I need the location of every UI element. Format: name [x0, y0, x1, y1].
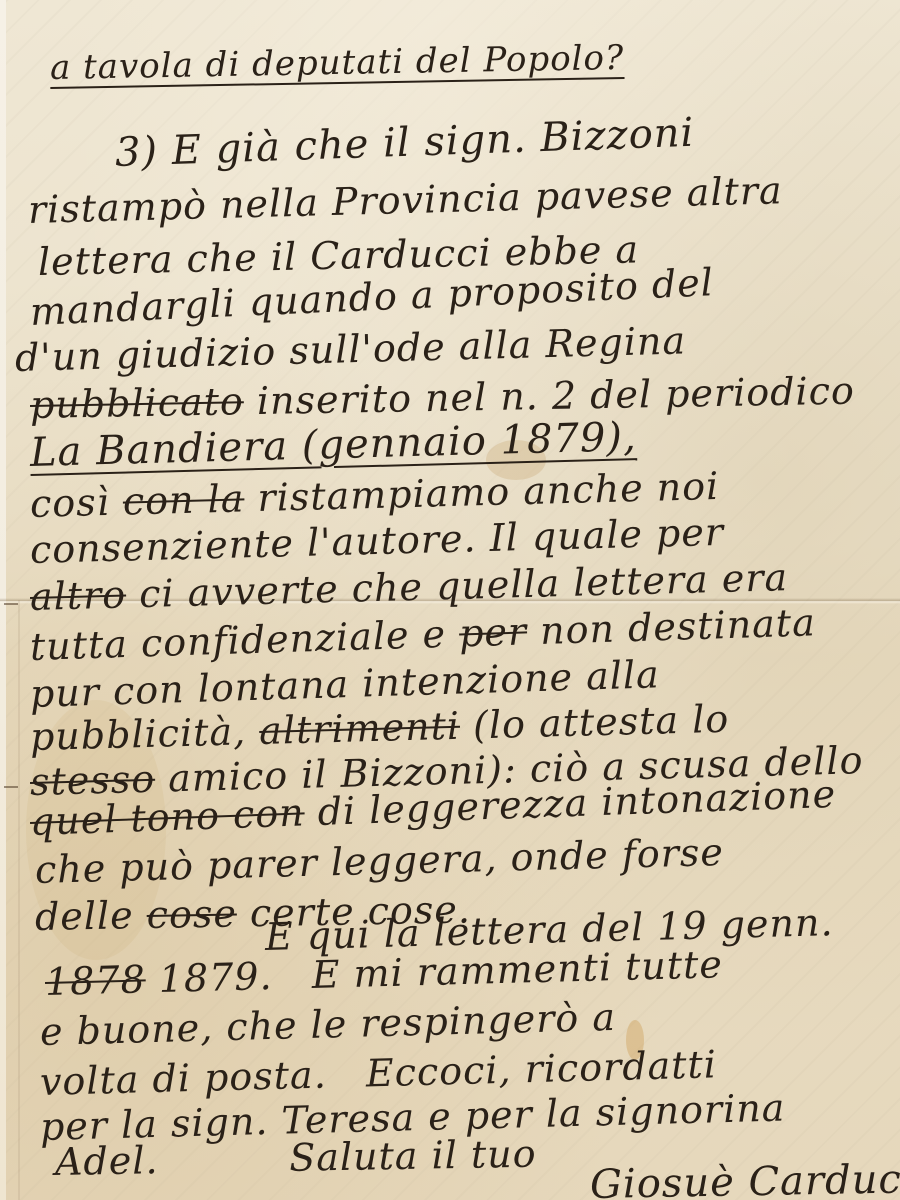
struck-word: altro: [29, 572, 126, 619]
letter-line-21: e buone, che le respingerò a: [39, 995, 616, 1054]
letter-line-3: ristampò nella Provincia pavese altra: [27, 168, 783, 232]
line-text: a tavola di deputati del Popolo?: [50, 38, 625, 88]
struck-word: per: [458, 609, 527, 655]
line-text: e buone, che le respingerò a: [39, 995, 616, 1054]
letter-body: a tavola di deputati del Popolo? 3) E gi…: [0, 0, 900, 1200]
struck-word: con la: [122, 476, 245, 523]
line-text: 3) E già che il sign. Bizzoni: [114, 110, 695, 176]
line-text: ristampò nella Provincia pavese altra: [27, 168, 783, 232]
line-text: 1879. E mi rammenti tutte: [158, 942, 723, 1001]
line-text: inserito nel n. 2 del periodico: [257, 369, 856, 423]
struck-word: quel tono con: [29, 790, 305, 844]
letter-line-2: 3) E già che il sign. Bizzoni: [114, 110, 695, 176]
struck-word: altrimenti: [259, 704, 461, 753]
struck-word: cose: [146, 891, 237, 937]
letter-line-20: 1878 1879. E mi rammenti tutte: [44, 942, 723, 1004]
struck-word: 1878: [44, 957, 146, 1004]
struck-word: pubblicato: [30, 379, 245, 427]
letter-line-1: a tavola di deputati del Popolo?: [50, 38, 625, 88]
line-suffix: (lo attesta lo: [472, 697, 729, 748]
letter-line-24: Adel. Saluta il tuo: [55, 1132, 537, 1184]
line-text: pubblicità,: [29, 709, 246, 759]
line-suffix: non destinata: [539, 600, 816, 653]
signature-text: Giosuè Carducci: [590, 1156, 900, 1200]
line-text: Adel. Saluta il tuo: [55, 1132, 537, 1184]
line-prefix: così: [29, 480, 110, 526]
signature: Giosuè Carducci: [590, 1156, 900, 1200]
line-prefix: delle: [35, 893, 134, 939]
